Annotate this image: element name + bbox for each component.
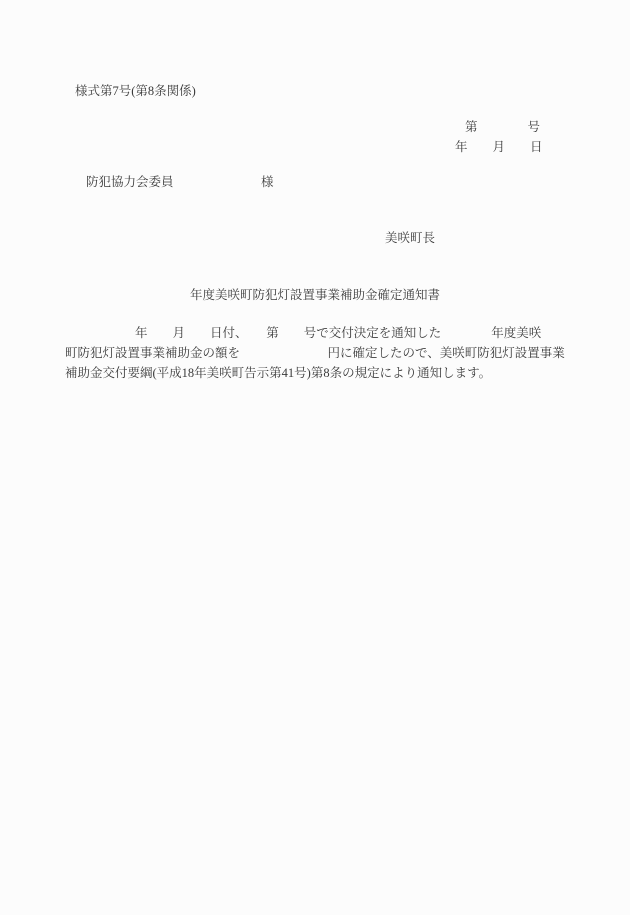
document-title: 年度美咲町防犯灯設置事業補助金確定通知書	[0, 288, 630, 303]
sender-title: 美咲町長	[385, 231, 435, 246]
body-paragraph-line-3: 補助金交付要綱(平成18年美咲町告示第41号)第8条の規定により通知します。	[65, 366, 491, 381]
date-blank-line: 年 月 日	[455, 140, 543, 155]
document-number-blank-line: 第 号	[465, 120, 540, 135]
document-page: 様式第7号(第8条関係) 第 号 年 月 日 防犯協力会委員 様 美咲町長 年度…	[0, 0, 630, 915]
addressee-line: 防犯協力会委員 様	[86, 175, 274, 190]
form-number-label: 様式第7号(第8条関係)	[75, 84, 196, 99]
body-paragraph-line-1: 年 月 日付、 第 号で交付決定を通知した 年度美咲	[135, 326, 541, 341]
body-paragraph-line-2: 町防犯灯設置事業補助金の額を 円に確定したので、美咲町防犯灯設置事業	[65, 346, 565, 361]
